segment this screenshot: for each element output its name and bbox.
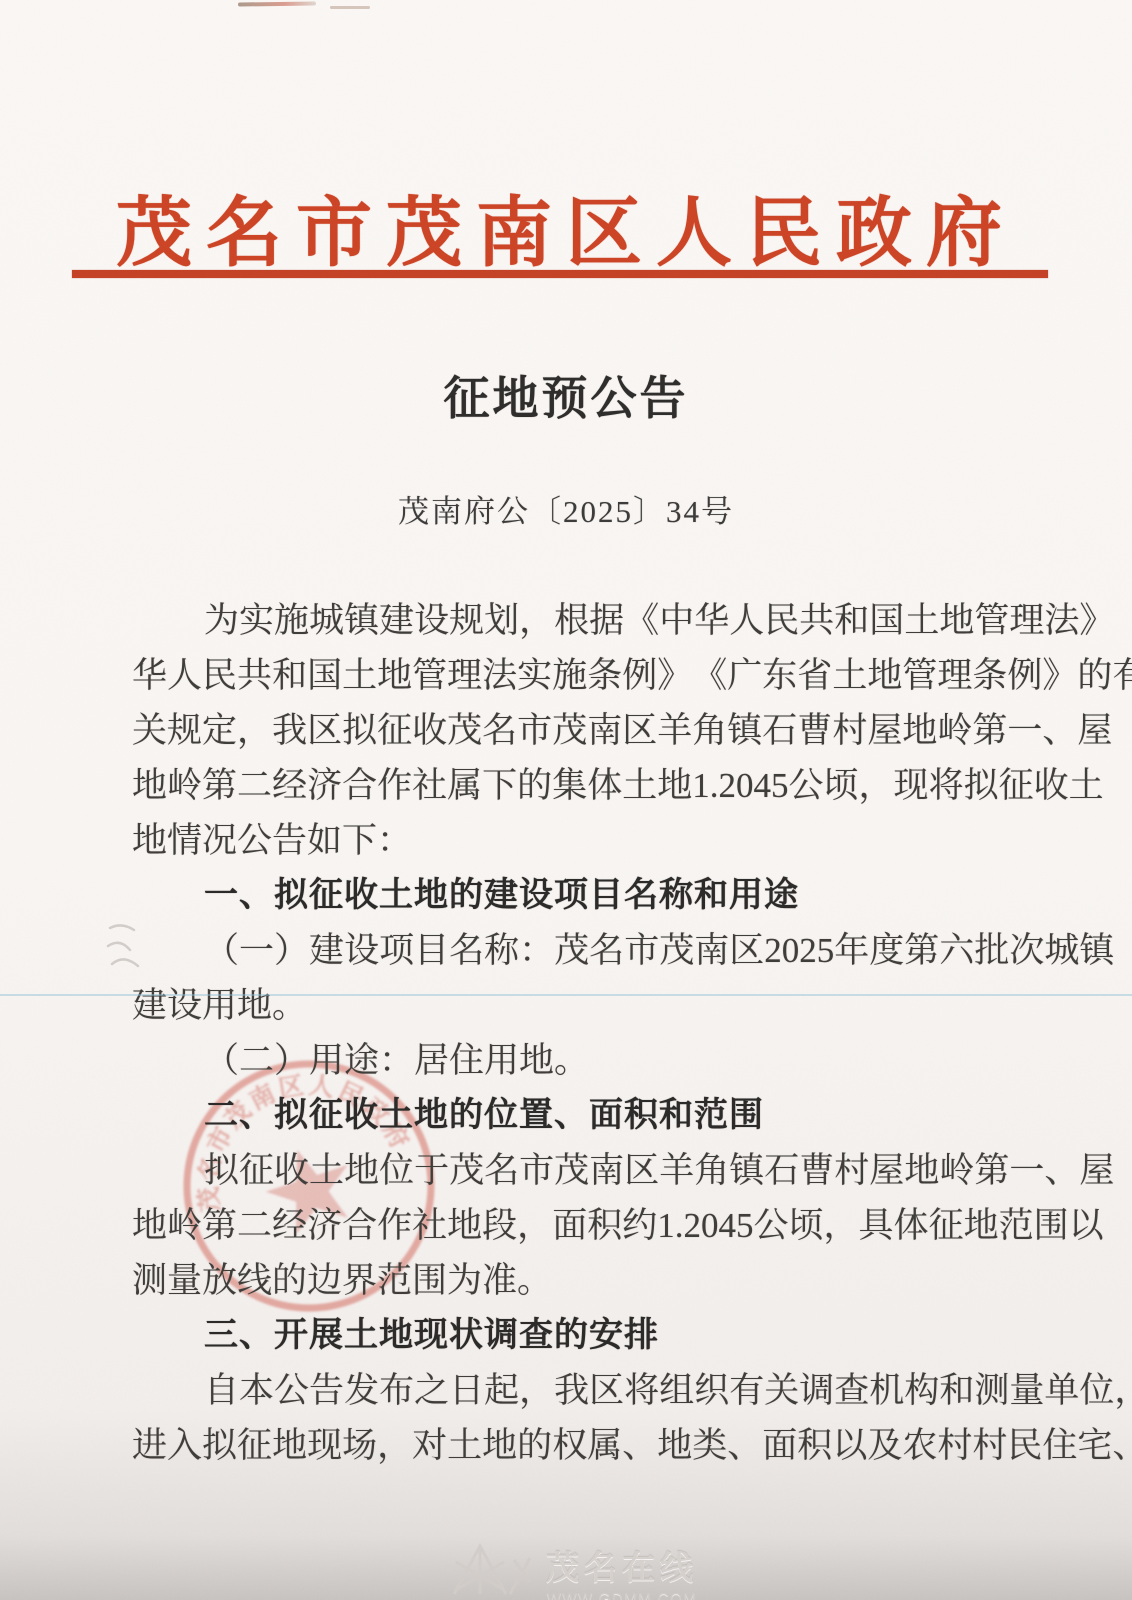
scanned-document-page: 茂名市茂南区人民政府 征地预公告 茂南府公〔2025〕34号 茂名市茂南区人民政… xyxy=(0,0,1132,1600)
section-heading: 三、开展土地现状调查的安排 xyxy=(132,1308,1010,1363)
body-line: 关规定，我区拟征收茂名市茂南区羊角镇石曹村屋地岭第一、屋 xyxy=(132,703,1010,758)
document-body: 为实施城镇建设规划，根据《中华人民共和国土地管理法》《中华人民共和国土地管理法实… xyxy=(132,593,1010,1473)
body-line: 为实施城镇建设规划，根据《中华人民共和国土地管理法》《中 xyxy=(132,593,1010,648)
document-title: 征地预公告 xyxy=(0,362,1132,428)
body-line: 测量放线的边界范围为准。 xyxy=(132,1253,1010,1308)
body-line: 拟征收土地位于茂名市茂南区羊角镇石曹村屋地岭第一、屋 xyxy=(132,1143,1010,1198)
watermark-site-name: 茂名在线 xyxy=(546,1542,698,1589)
body-line: 地情况公告如下： xyxy=(132,813,1010,868)
watermark-logo-icon xyxy=(452,1542,534,1596)
section-heading: 二、拟征收土地的位置、面积和范围 xyxy=(132,1088,1010,1143)
government-header-title: 茂名市茂南区人民政府 xyxy=(0,172,1132,281)
section-heading: 一、拟征收土地的建设项目名称和用途 xyxy=(132,868,1010,923)
body-line: （二）用途：居住用地。 xyxy=(132,1033,1010,1088)
body-line: 进入拟征地现场，对土地的权属、地类、面积以及农村村民住宅、 xyxy=(132,1418,1010,1473)
body-line: 华人民共和国土地管理法实施条例》《广东省土地管理条例》的有 xyxy=(132,648,1010,703)
scan-smudge xyxy=(330,6,370,9)
body-line: 建设用地。 xyxy=(132,978,1010,1033)
site-watermark: 茂名在线 WWW.GDMM.COM xyxy=(452,1542,698,1600)
red-divider-line xyxy=(72,270,1048,278)
scan-smudge xyxy=(238,1,316,6)
watermark-url: WWW.GDMM.COM xyxy=(547,1590,697,1600)
body-line: （一）建设项目名称：茂名市茂南区2025年度第六批次城镇 xyxy=(132,923,1010,978)
body-line: 地岭第二经济合作社属下的集体土地1.2045公顷，现将拟征收土 xyxy=(132,758,1010,813)
document-number: 茂南府公〔2025〕34号 xyxy=(0,486,1132,531)
body-line: 自本公告发布之日起，我区将组织有关调查机构和测量单位， xyxy=(132,1363,1010,1418)
body-line: 地岭第二经济合作社地段，面积约1.2045公顷，具体征地范围以 xyxy=(132,1198,1010,1253)
scan-artifact-line xyxy=(0,994,1132,996)
